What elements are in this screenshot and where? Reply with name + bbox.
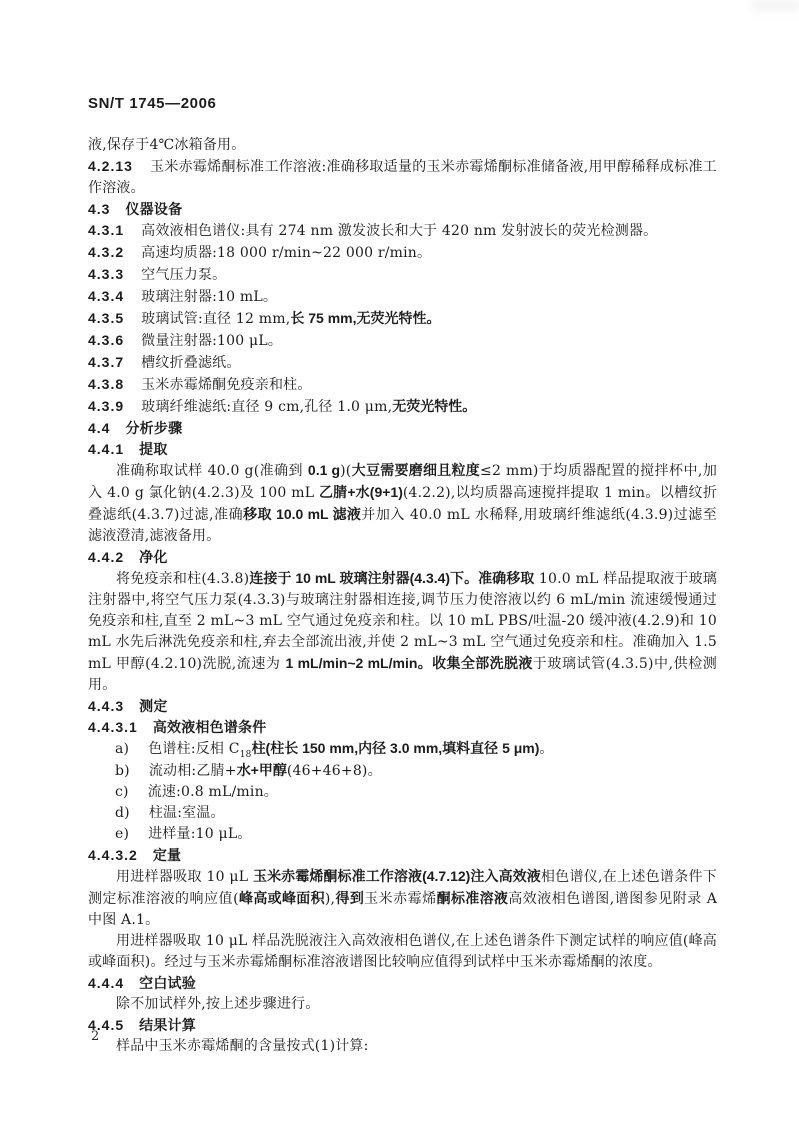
text-run: 峰高或峰面积 bbox=[239, 890, 325, 906]
heading-title: 定量 bbox=[153, 847, 181, 863]
text-run: 除不加试样外,按上述步骤进行。 bbox=[116, 996, 319, 1012]
document-content: 液,保存于4℃冰箱备用。4.2.13玉米赤霉烯酮标准工作溶液:准确移取适量的玉米… bbox=[88, 135, 717, 1057]
clause-number: 4.4.3.1 bbox=[88, 719, 138, 735]
clause-4-3-8: 4.3.8玉米赤霉烯酮免疫亲和柱。 bbox=[88, 374, 717, 396]
clause-4-3-3: 4.3.3空气压力泵。 bbox=[88, 264, 717, 286]
text-run: 色谱柱:反相 C bbox=[148, 741, 239, 757]
heading-title: 仪器设备 bbox=[125, 201, 182, 217]
text-run: 酮标准溶液 bbox=[437, 890, 509, 906]
list-marker: a) bbox=[115, 741, 129, 757]
text-run: ), bbox=[325, 891, 335, 907]
text-run: (46+46+8)。 bbox=[287, 763, 382, 779]
heading-4-4-1: 4.4.1提取 bbox=[88, 439, 717, 460]
clause-number: 4.3.4 bbox=[88, 288, 124, 304]
text-run: 移取 10.0 mL 滤液 bbox=[243, 506, 361, 522]
clause-number: 4.3.5 bbox=[88, 310, 124, 326]
text-run: )( bbox=[340, 463, 351, 479]
text-run: 槽纹折叠滤纸。 bbox=[141, 355, 240, 371]
clause-4-3-9: 4.3.9玻璃纤维滤纸:直径 9 cm,孔径 1.0 μm,无荧光特性。 bbox=[88, 396, 717, 418]
list-item-a: a)色谱柱:反相 C18柱(柱长 150 mm,内径 3.0 mm,填料直径 5… bbox=[88, 738, 717, 760]
list-item-d: d)柱温:室温。 bbox=[88, 803, 717, 824]
clause-number: 4.4.3 bbox=[88, 698, 124, 714]
text-run: 玉米赤霉烯 bbox=[364, 891, 437, 907]
list-item-b: b)流动相:乙腈+水+甲醇(46+46+8)。 bbox=[88, 760, 717, 782]
text-run: 玉米赤霉烯酮免疫亲和柱。 bbox=[141, 377, 311, 393]
clause-4-3-2: 4.3.2高速均质器:18 000 r/min~22 000 r/min。 bbox=[88, 242, 717, 264]
list-marker: d) bbox=[115, 805, 130, 821]
clause-number: 4.3 bbox=[88, 201, 110, 217]
heading-4-4-3: 4.4.3测定 bbox=[88, 696, 717, 717]
heading-4-4-3-1: 4.4.3.1高效液相色谱条件 bbox=[88, 717, 717, 738]
text-run: 流动相:乙腈+ bbox=[149, 763, 237, 779]
paragraph: 样品中玉米赤霉烯酮的含量按式(1)计算: bbox=[88, 1036, 717, 1057]
text-run: 空气压力泵。 bbox=[141, 267, 226, 283]
list-marker: b) bbox=[115, 763, 130, 779]
clause-number: 4.3.7 bbox=[88, 354, 124, 370]
page-number: 2 bbox=[91, 1029, 99, 1044]
heading-4-4: 4.4分析步骤 bbox=[88, 418, 717, 439]
clause-4-3-5: 4.3.5玻璃试管:直径 12 mm,长 75 mm,无荧光特性。 bbox=[88, 308, 717, 330]
list-item-e: e)进样量:10 μL。 bbox=[88, 824, 717, 845]
text-run: 玻璃试管:直径 12 mm, bbox=[141, 311, 290, 327]
clause-4-3-7: 4.3.7槽纹折叠滤纸。 bbox=[88, 352, 717, 374]
text-run: 样品中玉米赤霉烯酮的含量按式(1)计算: bbox=[116, 1038, 369, 1054]
heading-title: 提取 bbox=[139, 441, 167, 457]
standard-document-page: SN/T 1745—2006 液,保存于4℃冰箱备用。4.2.13玉米赤霉烯酮标… bbox=[0, 0, 799, 1122]
clause-number: 4.3.8 bbox=[88, 376, 124, 392]
text-run: 18 bbox=[240, 750, 252, 760]
list-marker: c) bbox=[115, 784, 129, 800]
clause-4-3-1: 4.3.1高效液相色谱仪:具有 274 nm 激发波长和大于 420 nm 发射… bbox=[88, 220, 717, 242]
list-marker: e) bbox=[115, 826, 129, 842]
clause-4-3-6: 4.3.6微量注射器:100 μL。 bbox=[88, 330, 717, 352]
text-run: 进样量:10 μL。 bbox=[148, 826, 251, 842]
clause-number: 4.4.4 bbox=[88, 975, 124, 991]
heading-title: 高效液相色谱条件 bbox=[153, 719, 267, 735]
scan-edge-shade bbox=[751, 0, 799, 10]
heading-title: 结果计算 bbox=[139, 1017, 196, 1033]
paragraph: 将免疫亲和柱(4.3.8)连接于 10 mL 玻璃注射器(4.3.4)下。准确移… bbox=[88, 568, 717, 696]
clause-number: 4.4 bbox=[88, 420, 110, 436]
heading-4-3: 4.3仪器设备 bbox=[88, 199, 717, 220]
text-run: 玉米赤霉烯酮标准工作溶液:准确移取适量的玉米赤霉烯酮标准储备液,用甲醇稀释成标准… bbox=[88, 159, 717, 196]
clause-number: 4.4.2 bbox=[88, 549, 124, 565]
text-run: 将免疫亲和柱(4.3.8) bbox=[116, 571, 249, 587]
text-run: 大豆需要磨细且粒度 bbox=[351, 462, 480, 478]
paragraph: 液,保存于4℃冰箱备用。 bbox=[88, 135, 717, 156]
paragraph: 用进样器吸取 10 μL 样品洗脱液注入高效液相色谱仪,在上述色谱条件下测定试样… bbox=[88, 931, 717, 973]
heading-4-4-4: 4.4.4空白试验 bbox=[88, 973, 717, 994]
text-run: 柱温:室温。 bbox=[149, 805, 225, 821]
text-run: 玉米赤霉烯酮标准工作溶液(4.7.12)注入高效液 bbox=[253, 868, 541, 884]
clause-number: 4.4.1 bbox=[88, 441, 124, 457]
text-run: 连接于 10 mL 玻璃注射器(4.3.4)下。准确移取 bbox=[249, 570, 534, 586]
clause-number: 4.4.3.2 bbox=[88, 847, 138, 863]
text-run: 乙腈+水(9+1) bbox=[319, 484, 403, 500]
text-run: 水+甲醇 bbox=[237, 762, 287, 778]
text-run: 柱(柱长 150 mm,内径 3.0 mm,填料直径 5 μm) bbox=[252, 740, 540, 756]
list-item-c: c)流速:0.8 mL/min。 bbox=[88, 782, 717, 803]
text-run: 高速均质器:18 000 r/min~22 000 r/min。 bbox=[141, 245, 431, 261]
heading-title: 空白试验 bbox=[139, 975, 196, 991]
clause-number: 4.3.3 bbox=[88, 266, 124, 282]
text-run: 准确称取试样 40.0 g(准确到 bbox=[116, 463, 308, 479]
text-run: 流速:0.8 mL/min。 bbox=[148, 784, 278, 800]
text-run: 玻璃注射器:10 mL。 bbox=[141, 289, 277, 305]
text-run: 玻璃纤维滤纸:直径 9 cm,孔径 1.0 μm, bbox=[141, 399, 392, 415]
document-body: SN/T 1745—2006 液,保存于4℃冰箱备用。4.2.13玉米赤霉烯酮标… bbox=[88, 93, 717, 1057]
heading-title: 测定 bbox=[139, 698, 167, 714]
text-run: 用进样器吸取 10 μL bbox=[116, 869, 253, 885]
paragraph: 用进样器吸取 10 μL 玉米赤霉烯酮标准工作溶液(4.7.12)注入高效液相色… bbox=[88, 866, 717, 931]
text-run: 1 mL/min~2 mL/min。收集全部洗脱液 bbox=[286, 655, 533, 671]
clause-number: 4.3.1 bbox=[88, 222, 124, 238]
text-run: 无荧光特性。 bbox=[392, 398, 476, 414]
heading-4-4-2: 4.4.2净化 bbox=[88, 547, 717, 568]
clause-number: 4.3.6 bbox=[88, 332, 124, 348]
heading-title: 分析步骤 bbox=[125, 420, 182, 436]
text-run: 。 bbox=[539, 741, 553, 757]
paragraph: 准确称取试样 40.0 g(准确到 0.1 g)(大豆需要磨细且粒度≤2 mm)… bbox=[88, 460, 717, 547]
heading-4-4-5: 4.4.5结果计算 bbox=[88, 1015, 717, 1036]
text-run: 液,保存于4℃冰箱备用。 bbox=[88, 137, 245, 153]
text-run: 高效液相色谱仪:具有 274 nm 激发波长和大于 420 nm 发射波长的荧光… bbox=[141, 223, 657, 239]
text-run: 0.1 g bbox=[308, 462, 340, 478]
paragraph: 除不加试样外,按上述步骤进行。 bbox=[88, 994, 717, 1015]
heading-4-4-3-2: 4.4.3.2定量 bbox=[88, 845, 717, 866]
clause-number: 4.3.2 bbox=[88, 244, 124, 260]
text-run: 微量注射器:100 μL。 bbox=[141, 333, 282, 349]
clause-4-2-13: 4.2.13玉米赤霉烯酮标准工作溶液:准确移取适量的玉米赤霉烯酮标准储备液,用甲… bbox=[88, 156, 717, 199]
heading-title: 净化 bbox=[139, 549, 167, 565]
text-run: 长 75 mm,无荧光特性。 bbox=[290, 310, 440, 326]
clause-number: 4.3.9 bbox=[88, 398, 124, 414]
clause-number: 4.2.13 bbox=[88, 158, 133, 174]
page-header: SN/T 1745—2006 bbox=[88, 93, 717, 114]
clause-4-3-4: 4.3.4玻璃注射器:10 mL。 bbox=[88, 286, 717, 308]
text-run: 用进样器吸取 10 μL 样品洗脱液注入高效液相色谱仪,在上述色谱条件下测定试样… bbox=[88, 933, 717, 970]
text-run: 得到 bbox=[335, 890, 364, 906]
